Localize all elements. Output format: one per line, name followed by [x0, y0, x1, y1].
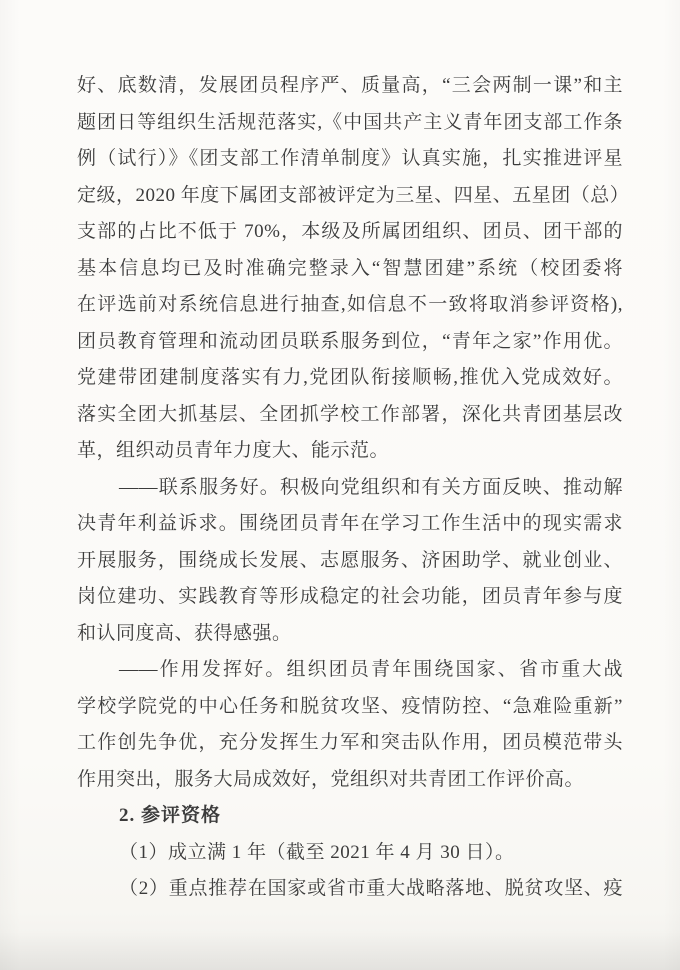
- text-line: 2. 参评资格: [77, 798, 623, 835]
- text-line: ——作用发挥好。组织团员青年围绕国家、省市重大战略、: [77, 652, 623, 689]
- text-line: 例（试行）》《团支部工作清单制度》认真实施，扎实推进评星: [77, 141, 623, 178]
- text-line: 定级，2020 年度下属团支部被评定为三星、四星、五星团（总）: [77, 178, 623, 215]
- text-line: 决青年利益诉求。围绕团员青年在学习工作生活中的现实需求: [77, 506, 623, 543]
- text-line: 好、底数清，发展团员程序严、质量高，“三会两制一课”和主: [77, 68, 623, 105]
- text-line: 岗位建功、实践教育等形成稳定的社会功能，团员青年参与度: [77, 579, 623, 616]
- text-line: ——联系服务好。积极向党组织和有关方面反映、推动解: [77, 470, 623, 507]
- text-line: 在评选前对系统信息进行抽查,如信息不一致将取消参评资格),: [77, 287, 623, 324]
- text-line: 党建带团建制度落实有力,党团队衔接顺畅,推优入党成效好。: [77, 360, 623, 397]
- text-line: 作用突出，服务大局成效好，党组织对共青团工作评价高。: [77, 762, 623, 799]
- text-line: （2）重点推荐在国家或省市重大战略落地、脱贫攻坚、疫: [77, 871, 623, 908]
- text-line: 落实全团大抓基层、全团抓学校工作部署，深化共青团基层改: [77, 397, 623, 434]
- text-line: 和认同度高、获得感强。: [77, 616, 623, 653]
- text-line: 革，组织动员青年力度大、能示范。: [77, 433, 623, 470]
- text-line: 开展服务，围绕成长发展、志愿服务、济困助学、就业创业、: [77, 543, 623, 580]
- text-line: 工作创先争优，充分发挥生力军和突击队作用，团员模范带头: [77, 725, 623, 762]
- text-line: 题团日等组织生活规范落实,《中国共产主义青年团支部工作条: [77, 105, 623, 142]
- text-line: 基本信息均已及时准确完整录入“智慧团建”系统（校团委将: [77, 251, 623, 288]
- text-line: （1）成立满 1 年（截至 2021 年 4 月 30 日）。: [77, 835, 623, 872]
- scanned-document-page: 好、底数清，发展团员程序严、质量高，“三会两制一课”和主题团日等组织生活规范落实…: [0, 0, 680, 970]
- document-text-block: 好、底数清，发展团员程序严、质量高，“三会两制一课”和主题团日等组织生活规范落实…: [77, 68, 623, 908]
- text-line: 团员教育管理和流动团员联系服务到位，“青年之家”作用优。: [77, 324, 623, 361]
- text-line: 支部的占比不低于 70%，本级及所属团组织、团员、团干部的: [77, 214, 623, 251]
- text-line: 学校学院党的中心任务和脱贫攻坚、疫情防控、“急难险重新”: [77, 689, 623, 726]
